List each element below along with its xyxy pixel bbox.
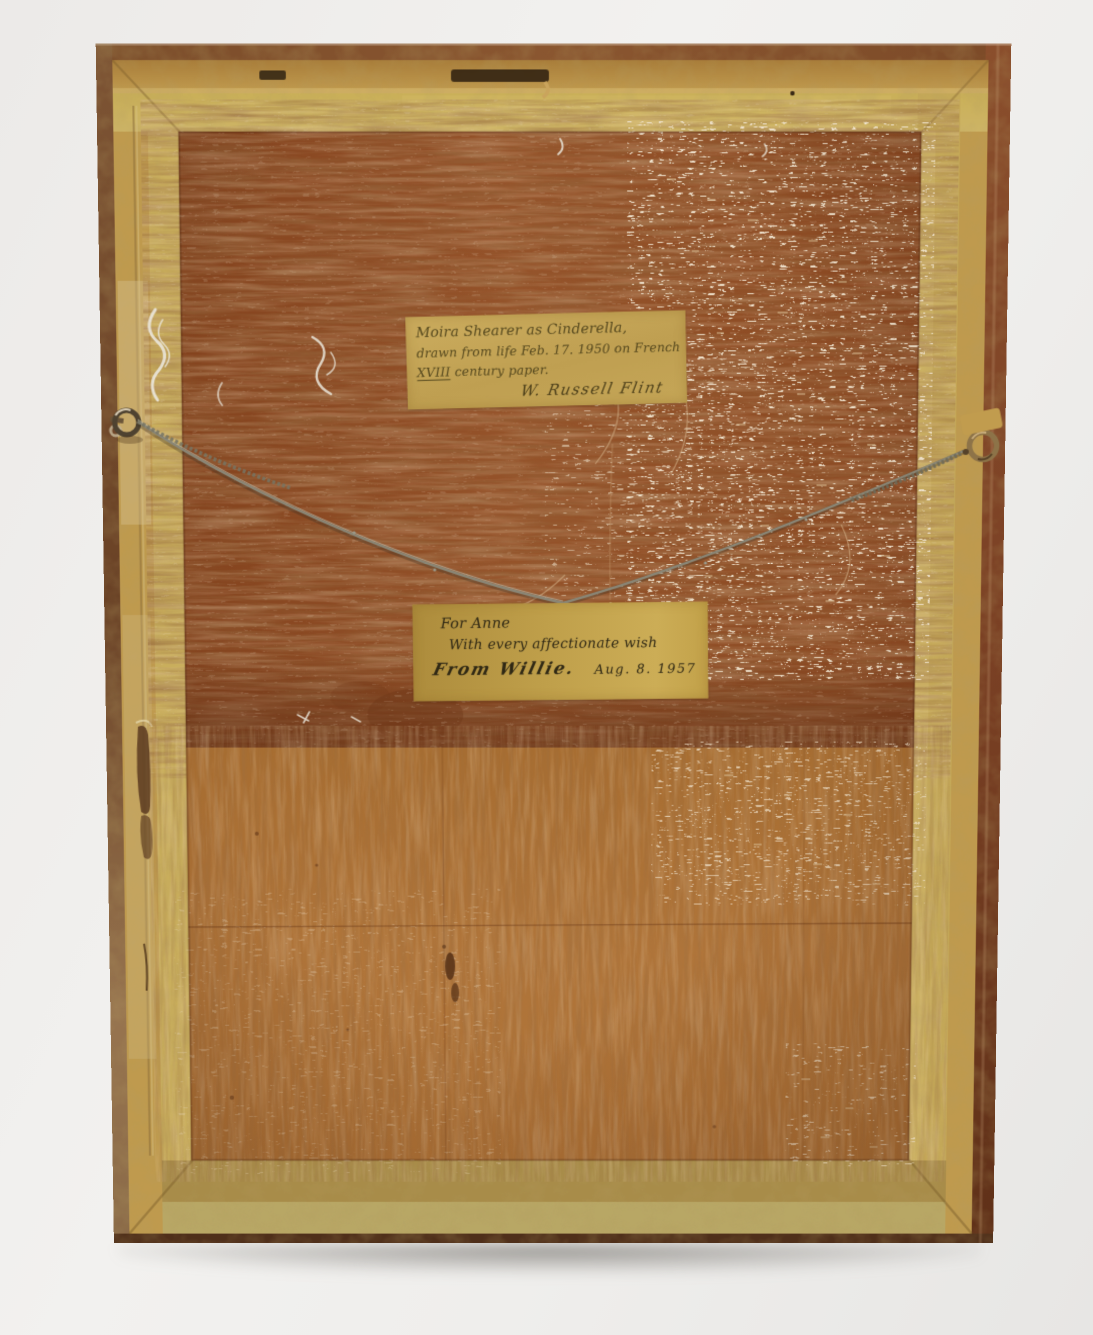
- dedication-line-3: From Willie. Aug. 8. 1957: [433, 654, 698, 683]
- dedication-label: For Anne With every affectionate wish Fr…: [412, 601, 708, 701]
- picture-frame-back: Moira Shearer as Cinderella, drawn from …: [96, 43, 1012, 1243]
- photo-backdrop: Moira Shearer as Cinderella, drawn from …: [0, 0, 1093, 1335]
- artist-signature: W. Russell Flint: [415, 376, 680, 406]
- attribution-line-3-rest: century paper.: [450, 362, 549, 379]
- dedication-line-1: For Anne: [440, 611, 697, 636]
- dedication-signature: From Willie.: [430, 656, 578, 684]
- underlined-term: XVIII: [417, 365, 451, 381]
- dedication-line-2: With every affectionate wish: [449, 633, 698, 657]
- attribution-label: Moira Shearer as Cinderella, drawn from …: [405, 310, 687, 410]
- frame-cast-shadow: [118, 1244, 980, 1274]
- dedication-date: Aug. 8. 1957: [594, 659, 696, 680]
